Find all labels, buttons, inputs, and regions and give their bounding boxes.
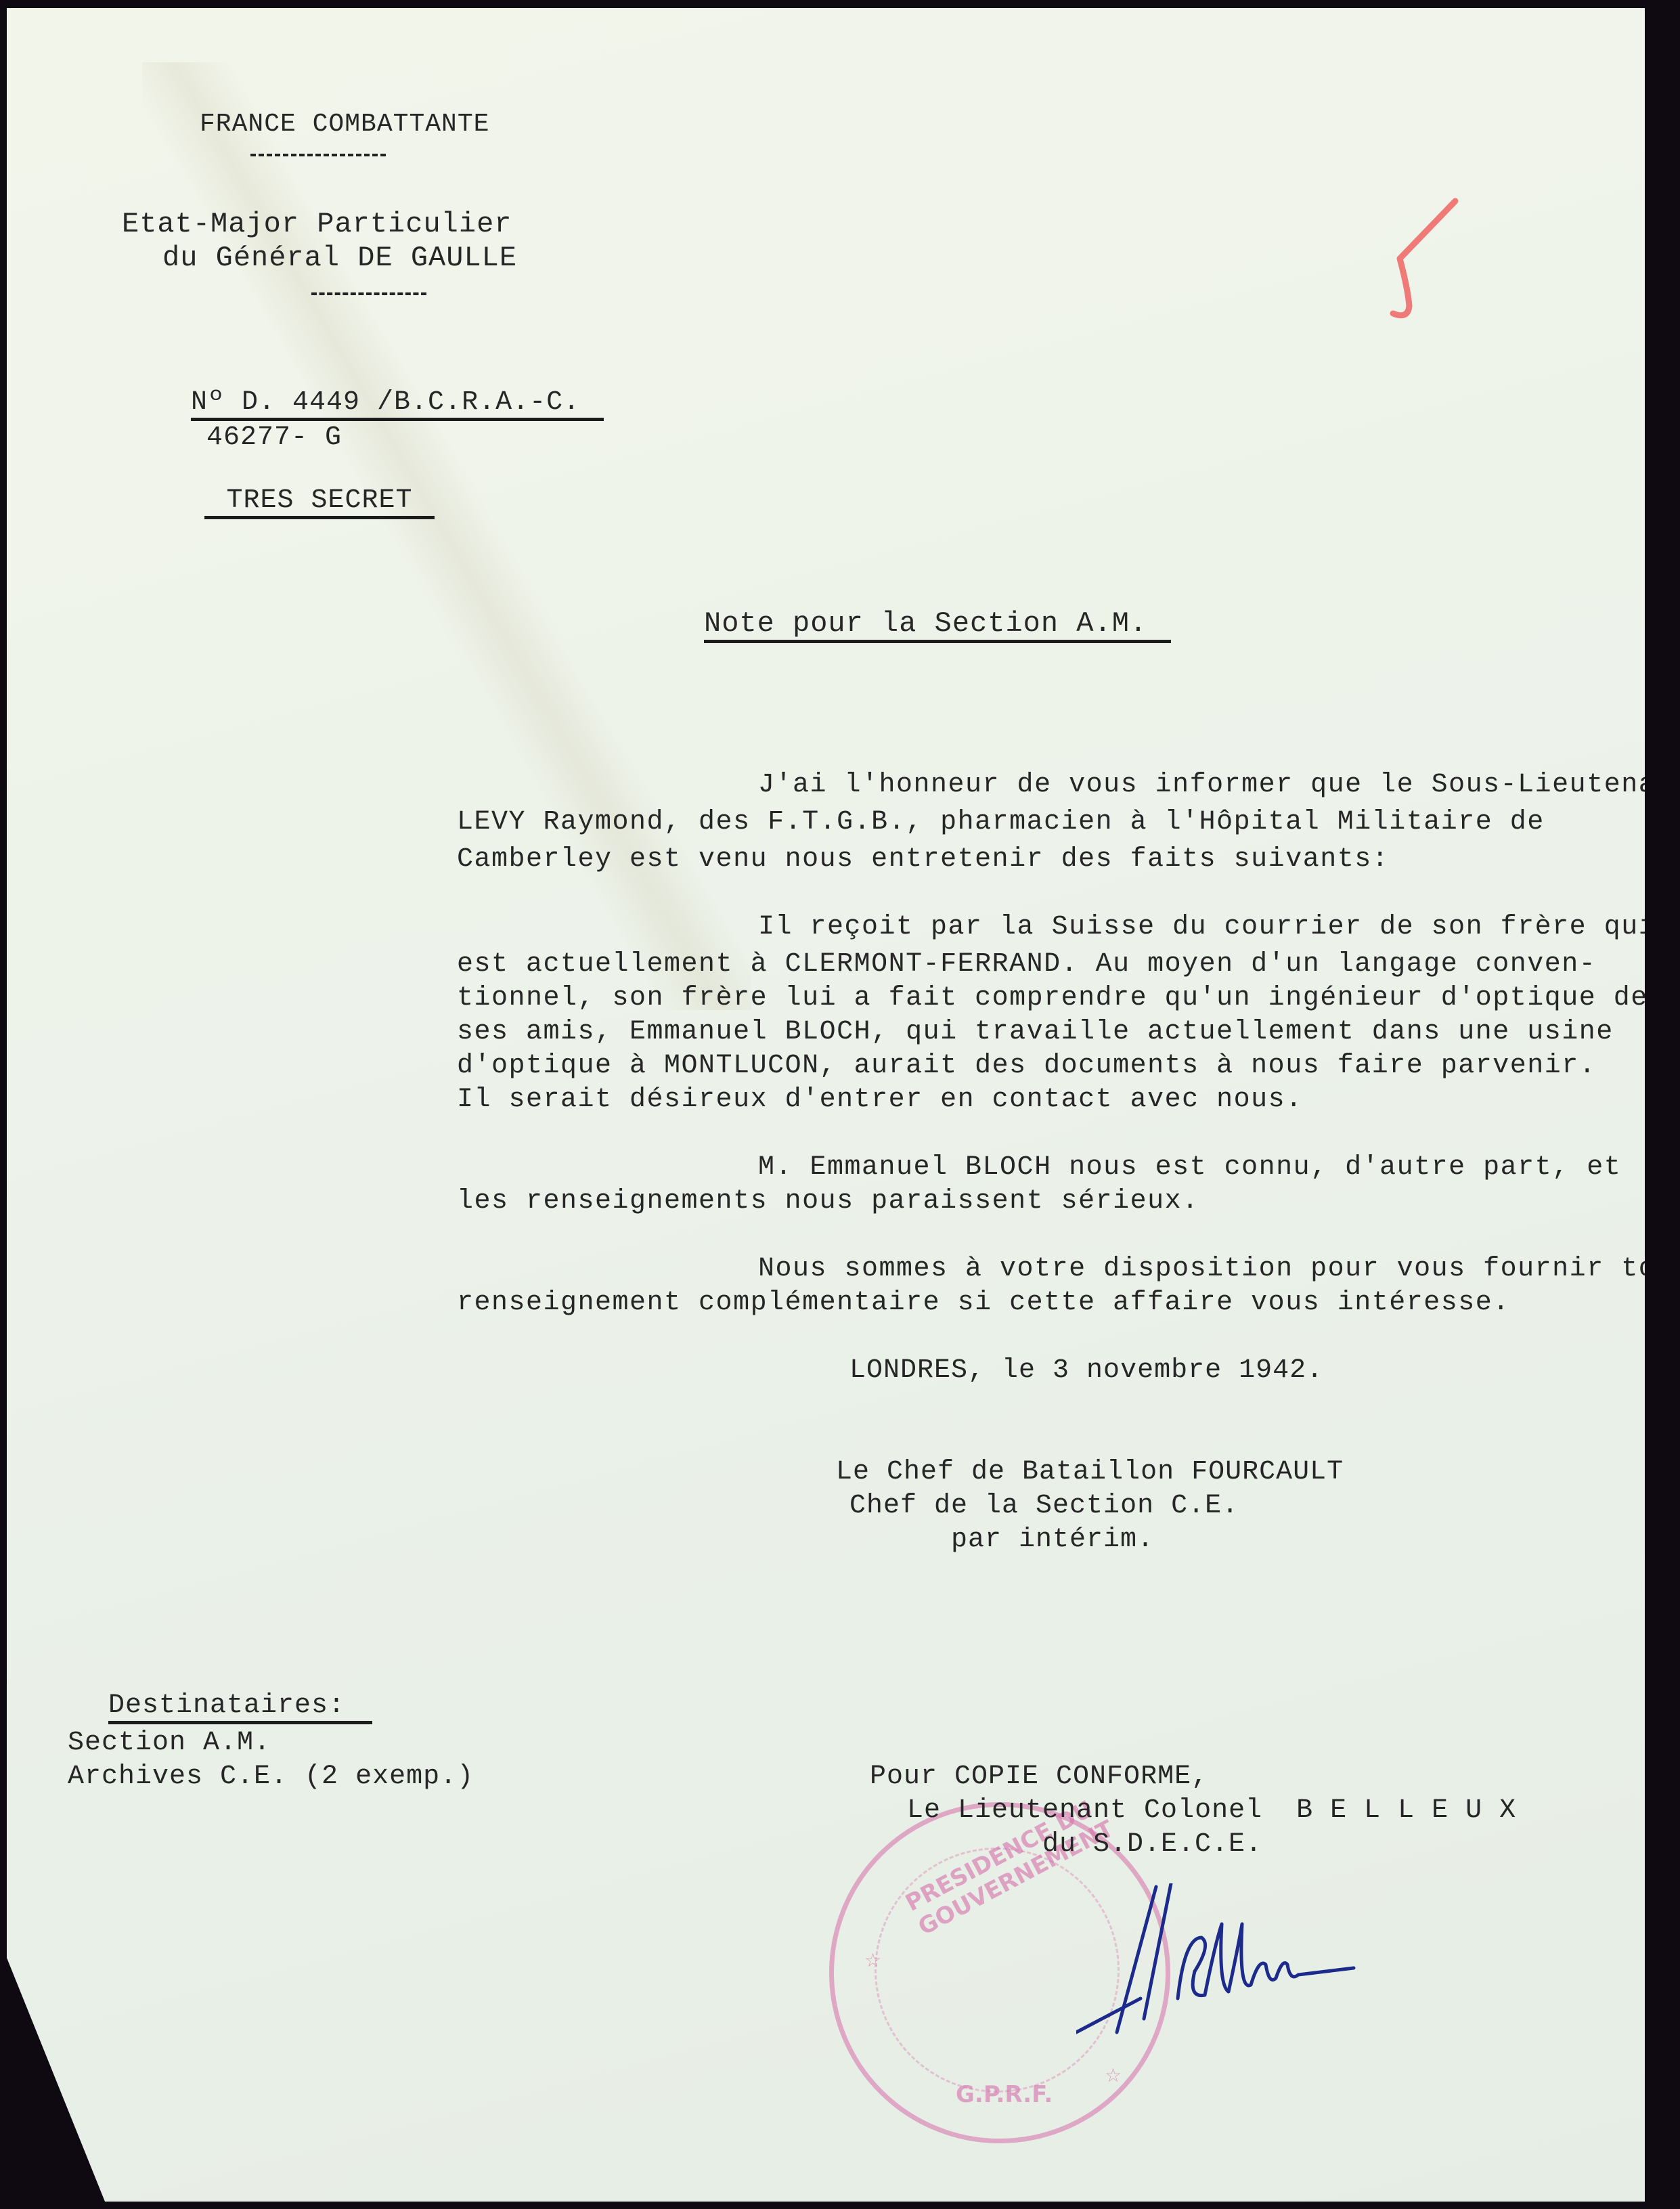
paragraph1-line: LEVY Raymond, des F.T.G.B., pharmacien à… [457,807,1545,837]
paragraph2-line: d'optique à MONTLUCON, aurait des docume… [457,1051,1596,1081]
header-divider [250,154,386,156]
certification-line2: Le Lieutenant Colonel B E L L E U X [907,1795,1516,1826]
recipients-heading: Destinataires: [108,1690,372,1724]
paragraph2-line: ses amis, Emmanuel BLOCH, qui travaille … [457,1017,1614,1047]
classification-label: TRES SECRET [204,485,435,519]
document-page: FRANCE COMBATTANTE Etat-Major Particulie… [7,8,1645,2202]
signatory-line3: par intérim. [951,1525,1154,1555]
department-line2: du Général DE GAULLE [162,242,517,274]
paragraph1-line: Camberley est venu nous entretenir des f… [457,844,1389,875]
stamp-star-icon: ☆ [1105,2064,1122,2086]
signatory-line1: Le Chef de Bataillon FOURCAULT [836,1457,1344,1487]
recipient-item: Archives C.E. (2 exemp.) [68,1762,474,1792]
paragraph3-line: M. Emmanuel BLOCH nous est connu, d'autr… [758,1152,1621,1183]
department-divider [311,292,426,295]
reference-number: Nº D. 4449 /B.C.R.A.-C. [191,387,604,421]
paragraph4-line: renseignement complémentaire si cette af… [457,1288,1510,1318]
recipient-item: Section A.M. [68,1728,271,1758]
paragraph2-line: est actuellement à CLERMONT-FERRAND. Au … [457,949,1596,980]
paragraph2-line: Il reçoit par la Suisse du courrier de s… [758,912,1656,942]
reference-sub-number: 46277- G [206,422,342,453]
handwritten-number-annotation [1381,194,1462,323]
certification-line3: du S.D.E.C.E. [1042,1829,1262,1860]
paragraph3-line: les renseignements nous paraissent série… [457,1186,1199,1217]
stamp-star-icon: ☆ [864,1949,881,1971]
stamp-text-bottom: G.P.R.F. [956,2081,1053,2108]
place-and-date: LONDRES, le 3 novembre 1942. [849,1355,1323,1386]
handwritten-signature [1076,1883,1361,2059]
organization-header: FRANCE COMBATTANTE [200,110,489,139]
department-line1: Etat-Major Particulier [122,208,512,240]
document-title: Note pour la Section A.M. [704,607,1171,643]
paragraph2-line: Il serait désireux d'entrer en contact a… [457,1085,1303,1115]
certification-line1: Pour COPIE CONFORME, [870,1762,1208,1792]
signatory-line2: Chef de la Section C.E. [849,1491,1239,1521]
paragraph2-line: tionnel, son frère lui a fait comprendre… [457,983,1648,1013]
paragraph4-line: Nous sommes à votre disposition pour vou… [758,1254,1680,1284]
paragraph1-line: J'ai l'honneur de vous informer que le S… [758,770,1680,800]
